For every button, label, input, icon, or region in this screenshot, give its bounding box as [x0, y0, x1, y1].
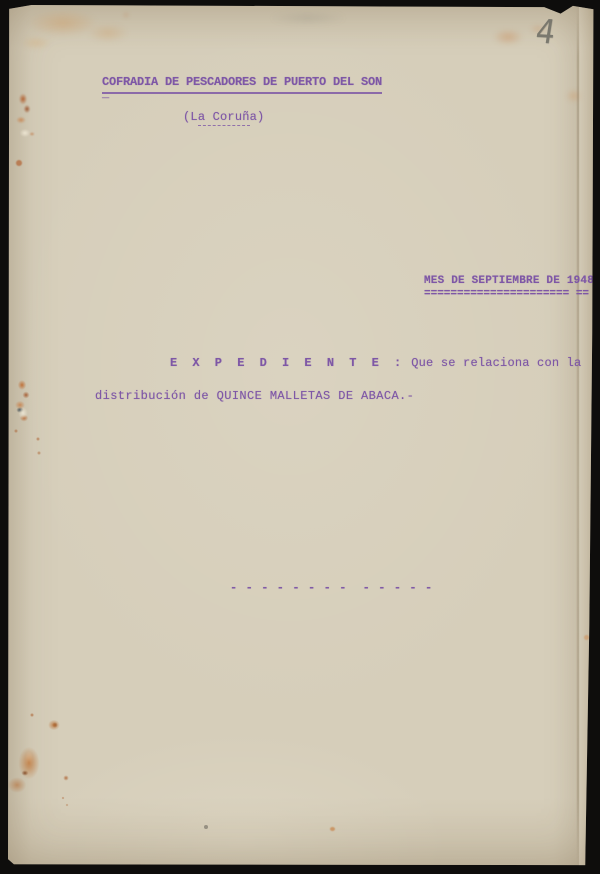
speck-bottom-right — [330, 827, 335, 831]
document-title: COFRADIA DE PESCADORES DE PUERTO DEL SON — [102, 75, 382, 94]
paper-sheet: COFRADIA DE PESCADORES DE PUERTO DEL SON… — [8, 5, 594, 866]
paper-stain-top-left — [8, 5, 158, 75]
speck-bottom-center — [204, 825, 208, 829]
rust-stain-left-top — [10, 90, 44, 148]
expediente-text: Que se relaciona con la — [411, 356, 581, 370]
rust-stain-cluster-bottom-left — [8, 705, 80, 835]
date-underline-rule: ====================== == — [424, 288, 589, 300]
place-line: (La Coruña) — [183, 110, 264, 124]
typed-underscore-fragment: _ — [102, 87, 109, 101]
expediente-line-1: E X P E D I E N T E :Que se relaciona co… — [170, 356, 581, 370]
paper-fold-line — [577, 5, 579, 866]
date-line: MES DE SEPTIEMBRE DE 1948 — [424, 275, 594, 287]
expediente-line-2: distribución de QUINCE MALLETAS DE ABACA… — [95, 389, 414, 403]
expediente-heading: E X P E D I E N T E : — [170, 356, 405, 370]
document-photo: COFRADIA DE PESCADORES DE PUERTO DEL SON… — [0, 0, 600, 874]
typed-dash-separator: - - - - - - - - - - - - - — [230, 581, 433, 595]
place-underlined: a Coruñ — [198, 110, 250, 126]
staple-rust-stain-left — [8, 373, 52, 478]
rust-dot-left — [16, 160, 22, 166]
paper-fold-highlight — [579, 5, 594, 866]
handwritten-page-number: 4 — [533, 13, 558, 52]
place-suffix: a) — [250, 110, 265, 124]
paper-smudge-top-middle — [253, 7, 363, 29]
place-prefix: (L — [183, 110, 198, 124]
